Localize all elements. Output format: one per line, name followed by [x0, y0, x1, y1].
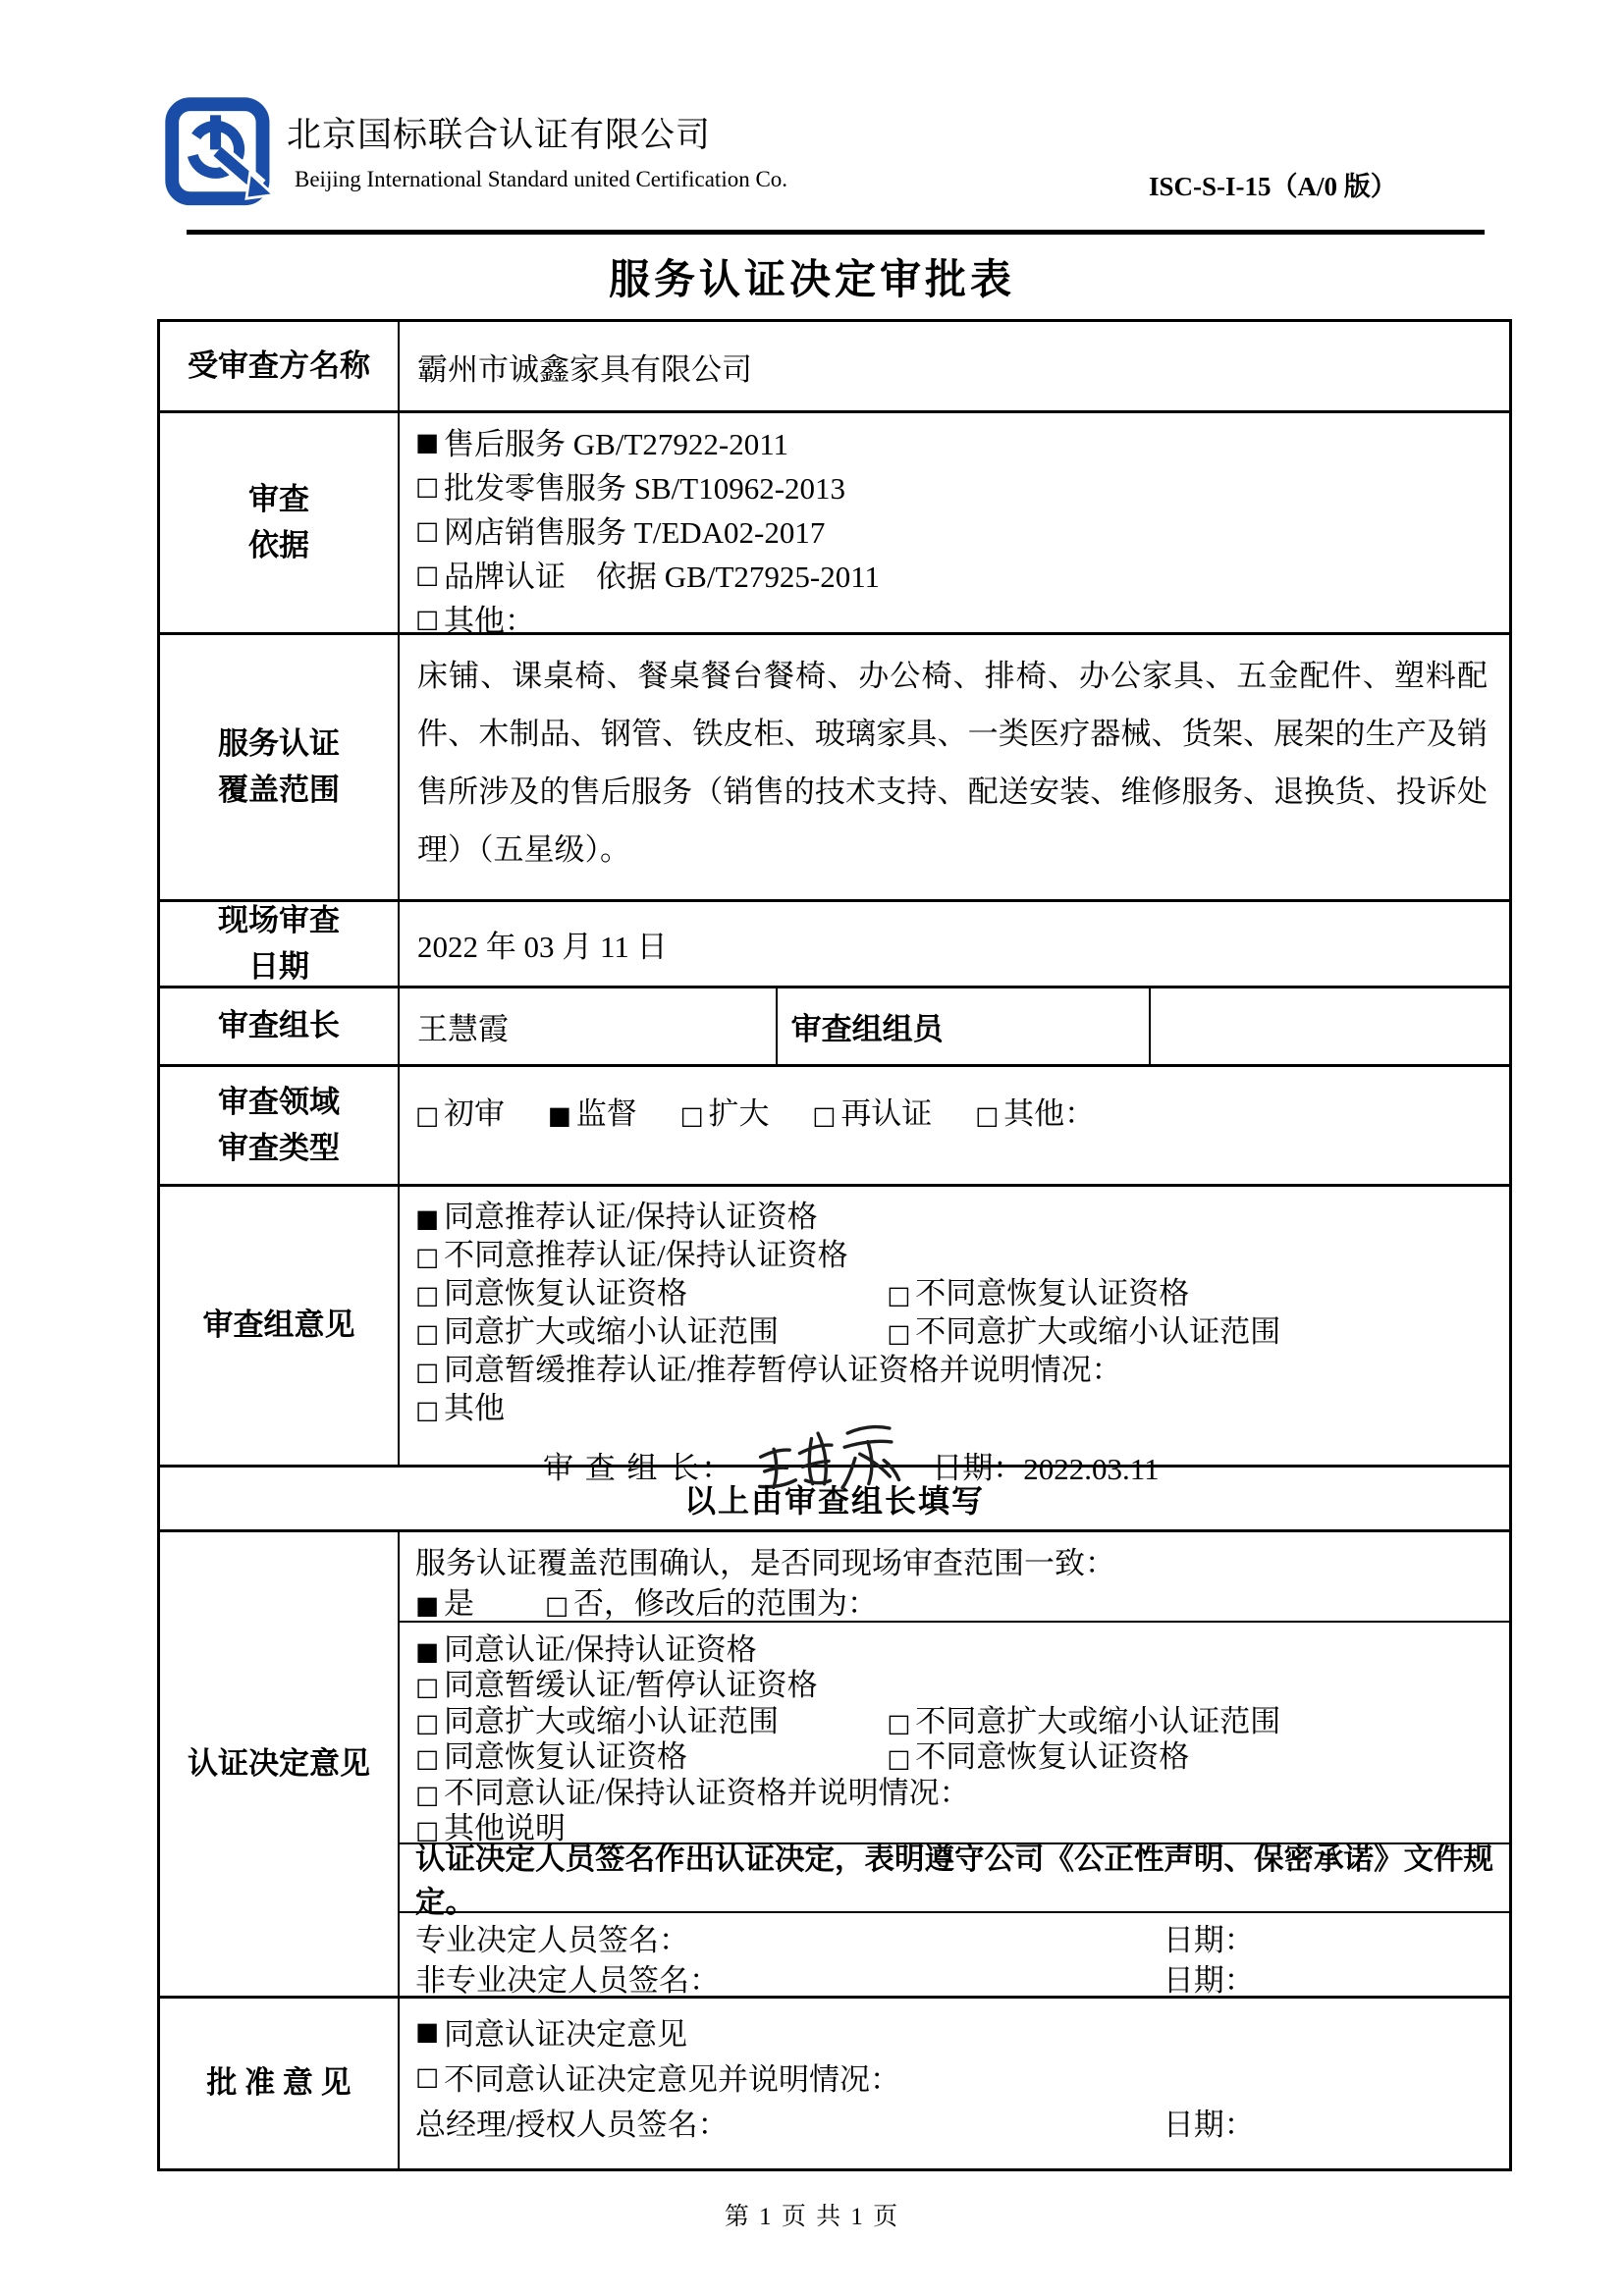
team-opinion-body: ■ 同意推荐认证/保持认证资格 □ 不同意	[400, 1187, 1509, 1465]
checkbox-icon: □	[415, 1318, 439, 1348]
company-name-en: Beijing International Standard united Ce…	[295, 167, 787, 192]
audit-type-label: 审查领域 审查类型	[160, 1067, 400, 1184]
checkbox-icon: □	[415, 2061, 439, 2091]
checkbox-option-label: 初审	[444, 1089, 505, 1133]
checkbox-option: □ 不同意认证决定意见并说明情况：	[415, 2054, 1499, 2099]
auditee-label: 受审查方名称	[160, 322, 400, 410]
approval-body: ■ 同意认证决定意见 □ 不同意认证决定意见并说明情况： 总经理/授权人员签名：…	[400, 1999, 1509, 2168]
checkbox-option: □ 初审	[415, 1089, 505, 1133]
sign-label: 专业决定人员签名：	[415, 1915, 689, 1959]
checkbox-icon: ■	[415, 427, 439, 456]
checkbox-icon: □	[812, 1100, 836, 1130]
row-scope: 服务认证 覆盖范围 床铺、课桌椅、餐桌餐台餐椅、办公椅、排椅、办公家具、五金配件…	[160, 632, 1509, 899]
company-name-cn: 北京国标联合认证有限公司	[287, 108, 711, 157]
checkbox-icon: ■	[415, 1203, 439, 1233]
checkbox-option: □ 再认证	[812, 1089, 932, 1133]
sign-date-label: 日期：	[1164, 1955, 1255, 2000]
scope-value: 床铺、课桌椅、餐桌餐台餐椅、办公椅、排椅、办公家具、五金配件、塑料配件、木制品、…	[400, 635, 1509, 899]
company-logo-icon	[163, 96, 281, 212]
checkbox-icon: ■	[548, 1100, 571, 1130]
decision-label: 认证决定意见	[160, 1532, 400, 1996]
audit-type-options: □ 初审 ■ 监督 □ 扩大 □ 再认证	[400, 1067, 1509, 1184]
checkbox-option-label: 品牌认证 依据 GB/T27925-2011	[444, 552, 880, 596]
decision-sign-rows: 专业决定人员签名： 日期： 非专业决定人员签名： 日期：	[400, 1911, 1509, 1998]
checkbox-icon: □	[415, 1100, 439, 1130]
checkbox-option-label: 扩大	[709, 1089, 770, 1133]
checkbox-option: ■ 同意认证决定意见	[415, 2008, 1499, 2054]
team-leader-label: 审查组长	[160, 988, 400, 1064]
team-leader-value: 王慧霞	[400, 988, 778, 1064]
checkbox-icon: □	[975, 1100, 999, 1130]
auditee-value: 霸州市诚鑫家具有限公司	[400, 322, 1509, 410]
checkbox-option-row: □ 同意恢复认证资格 □ 不同意恢复认证资格	[415, 1736, 1499, 1773]
form-title: 服务认证决定审批表	[0, 247, 1624, 306]
audit-date-label: 现场审查 日期	[160, 902, 400, 986]
decision-options: ■ 同意认证/保持认证资格 □ 同意暂缓认	[400, 1621, 1509, 1842]
checkbox-icon: □	[680, 1100, 704, 1130]
team-opinion-label: 审查组意见	[160, 1187, 400, 1465]
checkbox-option-row: □ 同意扩大或缩小认证范围 □ 不同意扩大或缩小认证范围	[415, 1700, 1499, 1736]
row-divider-note: 以上由审查组长填写	[160, 1465, 1509, 1529]
approval-label: 批 准 意 见	[160, 1999, 400, 2168]
review-basis-label: 审查 依据	[160, 413, 400, 632]
row-team-opinion: 审查组意见 ■ 同意推荐认证/保持认证资格	[160, 1184, 1509, 1465]
checkbox-icon: ■	[415, 2016, 439, 2046]
checkbox-option: ■ 监督	[548, 1089, 637, 1133]
checkbox-option-row: □ 同意暂缓认证/暂停认证资格	[415, 1665, 1499, 1701]
checkbox-icon: □	[545, 1590, 568, 1620]
row-audit-date: 现场审查 日期 2022 年 03 月 11 日	[160, 899, 1509, 986]
sign-date-label: 日期：	[1164, 1915, 1255, 1959]
checkbox-option: □ 其他：	[415, 596, 1499, 640]
checkbox-option: □ 否，修改后的范围为：	[545, 1578, 878, 1623]
row-auditee: 受审查方名称 霸州市诚鑫家具有限公司	[160, 322, 1509, 410]
page-number: 第 1 页 共 1 页	[0, 2197, 1624, 2232]
document-code: ISC-S-I-15（A/0 版）	[1149, 165, 1512, 203]
checkbox-icon: ■	[415, 1590, 439, 1620]
checkbox-option-label: 监督	[576, 1089, 637, 1133]
checkbox-option-row: □ 同意恢复认证资格 □ 不同意恢复认证资格	[415, 1271, 1499, 1309]
scope-confirm-title: 服务认证覆盖范围确认，是否同现场审查范围一致：	[415, 1540, 1499, 1580]
sign-label: 非专业决定人员签名：	[415, 1955, 720, 2000]
checkbox-icon: □	[415, 1280, 439, 1309]
row-decision: 认证决定意见 服务认证覆盖范围确认，是否同现场审查范围一致： ■ 是	[160, 1529, 1509, 1996]
team-members-label: 审查组组员	[778, 988, 1152, 1064]
approval-options: ■ 同意认证决定意见 □ 不同意认证决定意见并说明情况：	[415, 2008, 1499, 2099]
row-audit-type: 审查领域 审查类型 □ 初审 ■ 监督 □ 扩大	[160, 1064, 1509, 1184]
checkbox-icon: □	[415, 515, 439, 545]
document-page: 北京国标联合认证有限公司 Beijing International Stand…	[0, 0, 1624, 2296]
checkbox-option-label: 同意认证决定意见	[444, 2009, 687, 2054]
checkbox-option: ■ 售后服务 GB/T27922-2011	[415, 419, 1499, 463]
audit-date-value: 2022 年 03 月 11 日	[400, 902, 1509, 986]
checkbox-option: □ 批发零售服务 SB/T10962-2013	[415, 463, 1499, 507]
checkbox-icon: □	[415, 604, 439, 633]
row-approval: 批 准 意 见 ■ 同意认证决定意见 □ 不同意认证决定意见并说明情况：	[160, 1996, 1509, 2168]
checkbox-option: □ 品牌认证 依据 GB/T27925-2011	[415, 552, 1499, 596]
checkbox-option-row: □ 同意扩大或缩小认证范围 □ 不同意扩大或缩小认证范围	[415, 1309, 1499, 1348]
divider-note: 以上由审查组长填写	[160, 1468, 1509, 1529]
checkbox-option-label: 其他：	[444, 596, 535, 640]
checkbox-icon: □	[415, 1357, 439, 1386]
checkbox-option: ■ 是	[415, 1578, 474, 1623]
approval-form-table: 受审查方名称 霸州市诚鑫家具有限公司 审查 依据 ■ 售后服务 GB/T2792…	[157, 319, 1512, 2171]
checkbox-icon: □	[415, 1395, 439, 1424]
checkbox-option-label: 其他	[444, 1383, 505, 1427]
checkbox-icon: □	[415, 560, 439, 589]
sign-label: 总经理/授权人员签名：	[415, 2100, 729, 2144]
checkbox-option-label: 网店销售服务 T/EDA02-2017	[444, 507, 825, 552]
checkbox-option-label: 售后服务 GB/T27922-2011	[444, 419, 788, 463]
checkbox-option-row: □ 不同意认证/保持认证资格并说明情况：	[415, 1772, 1499, 1808]
decision-scope-confirm: 服务认证覆盖范围确认，是否同现场审查范围一致： ■ 是 □ 否，修改后的范围为：	[400, 1532, 1509, 1621]
scope-label: 服务认证 覆盖范围	[160, 635, 400, 899]
checkbox-option-label: 再认证	[840, 1089, 932, 1133]
checkbox-icon: □	[887, 1318, 910, 1348]
checkbox-icon: □	[415, 1242, 439, 1271]
team-members-value	[1151, 988, 1509, 1064]
checkbox-option: □ 其他：	[975, 1089, 1095, 1133]
approval-sign-row: 总经理/授权人员签名： 日期：	[415, 2099, 1499, 2144]
sign-row: 非专业决定人员签名： 日期：	[415, 1957, 1499, 1998]
sign-row: 专业决定人员签名： 日期：	[415, 1917, 1499, 1957]
checkbox-option-row: □ 其他	[415, 1386, 1499, 1424]
checkbox-option: □ 不同意恢复认证资格	[887, 1732, 1499, 1776]
checkbox-option-label: 否，修改后的范围为：	[573, 1578, 878, 1623]
checkbox-option: □ 扩大	[680, 1089, 770, 1133]
row-audit-team: 审查组长 王慧霞 审查组组员	[160, 986, 1509, 1064]
sign-date-label: 日期：	[1164, 2100, 1255, 2144]
checkbox-icon: □	[415, 471, 439, 501]
checkbox-option: □ 其他	[415, 1383, 887, 1427]
team-opinion-options: ■ 同意推荐认证/保持认证资格 □ 不同意	[415, 1195, 1499, 1424]
checkbox-option-label: 批发零售服务 SB/T10962-2013	[444, 463, 845, 507]
checkbox-option-row: □ 不同意推荐认证/保持认证资格	[415, 1233, 1499, 1271]
decision-note: 认证决定人员签名作出认证决定，表明遵守公司《公正性声明、保密承诺》文件规定。	[400, 1842, 1509, 1911]
checkbox-option: □ 网店销售服务 T/EDA02-2017	[415, 507, 1499, 552]
row-review-basis: 审查 依据 ■ 售后服务 GB/T27922-2011 □ 批发零售服务 SB/…	[160, 410, 1509, 632]
checkbox-option-label: 不同意认证决定意见并说明情况：	[444, 2055, 900, 2099]
scope-confirm-options: ■ 是 □ 否，修改后的范围为：	[415, 1580, 1499, 1621]
checkbox-icon: □	[887, 1280, 910, 1309]
checkbox-option-label: 是	[444, 1578, 474, 1623]
checkbox-option-row: ■ 同意推荐认证/保持认证资格	[415, 1195, 1499, 1233]
checkbox-option-label: 其他：	[1003, 1089, 1095, 1133]
header-rule	[187, 230, 1485, 235]
review-basis-options: ■ 售后服务 GB/T27922-2011 □ 批发零售服务 SB/T10962…	[400, 413, 1509, 632]
checkbox-option-row: ■ 同意认证/保持认证资格	[415, 1629, 1499, 1665]
checkbox-option-row: □ 同意暂缓推荐认证/推荐暂停认证资格并说明情况：	[415, 1348, 1499, 1386]
